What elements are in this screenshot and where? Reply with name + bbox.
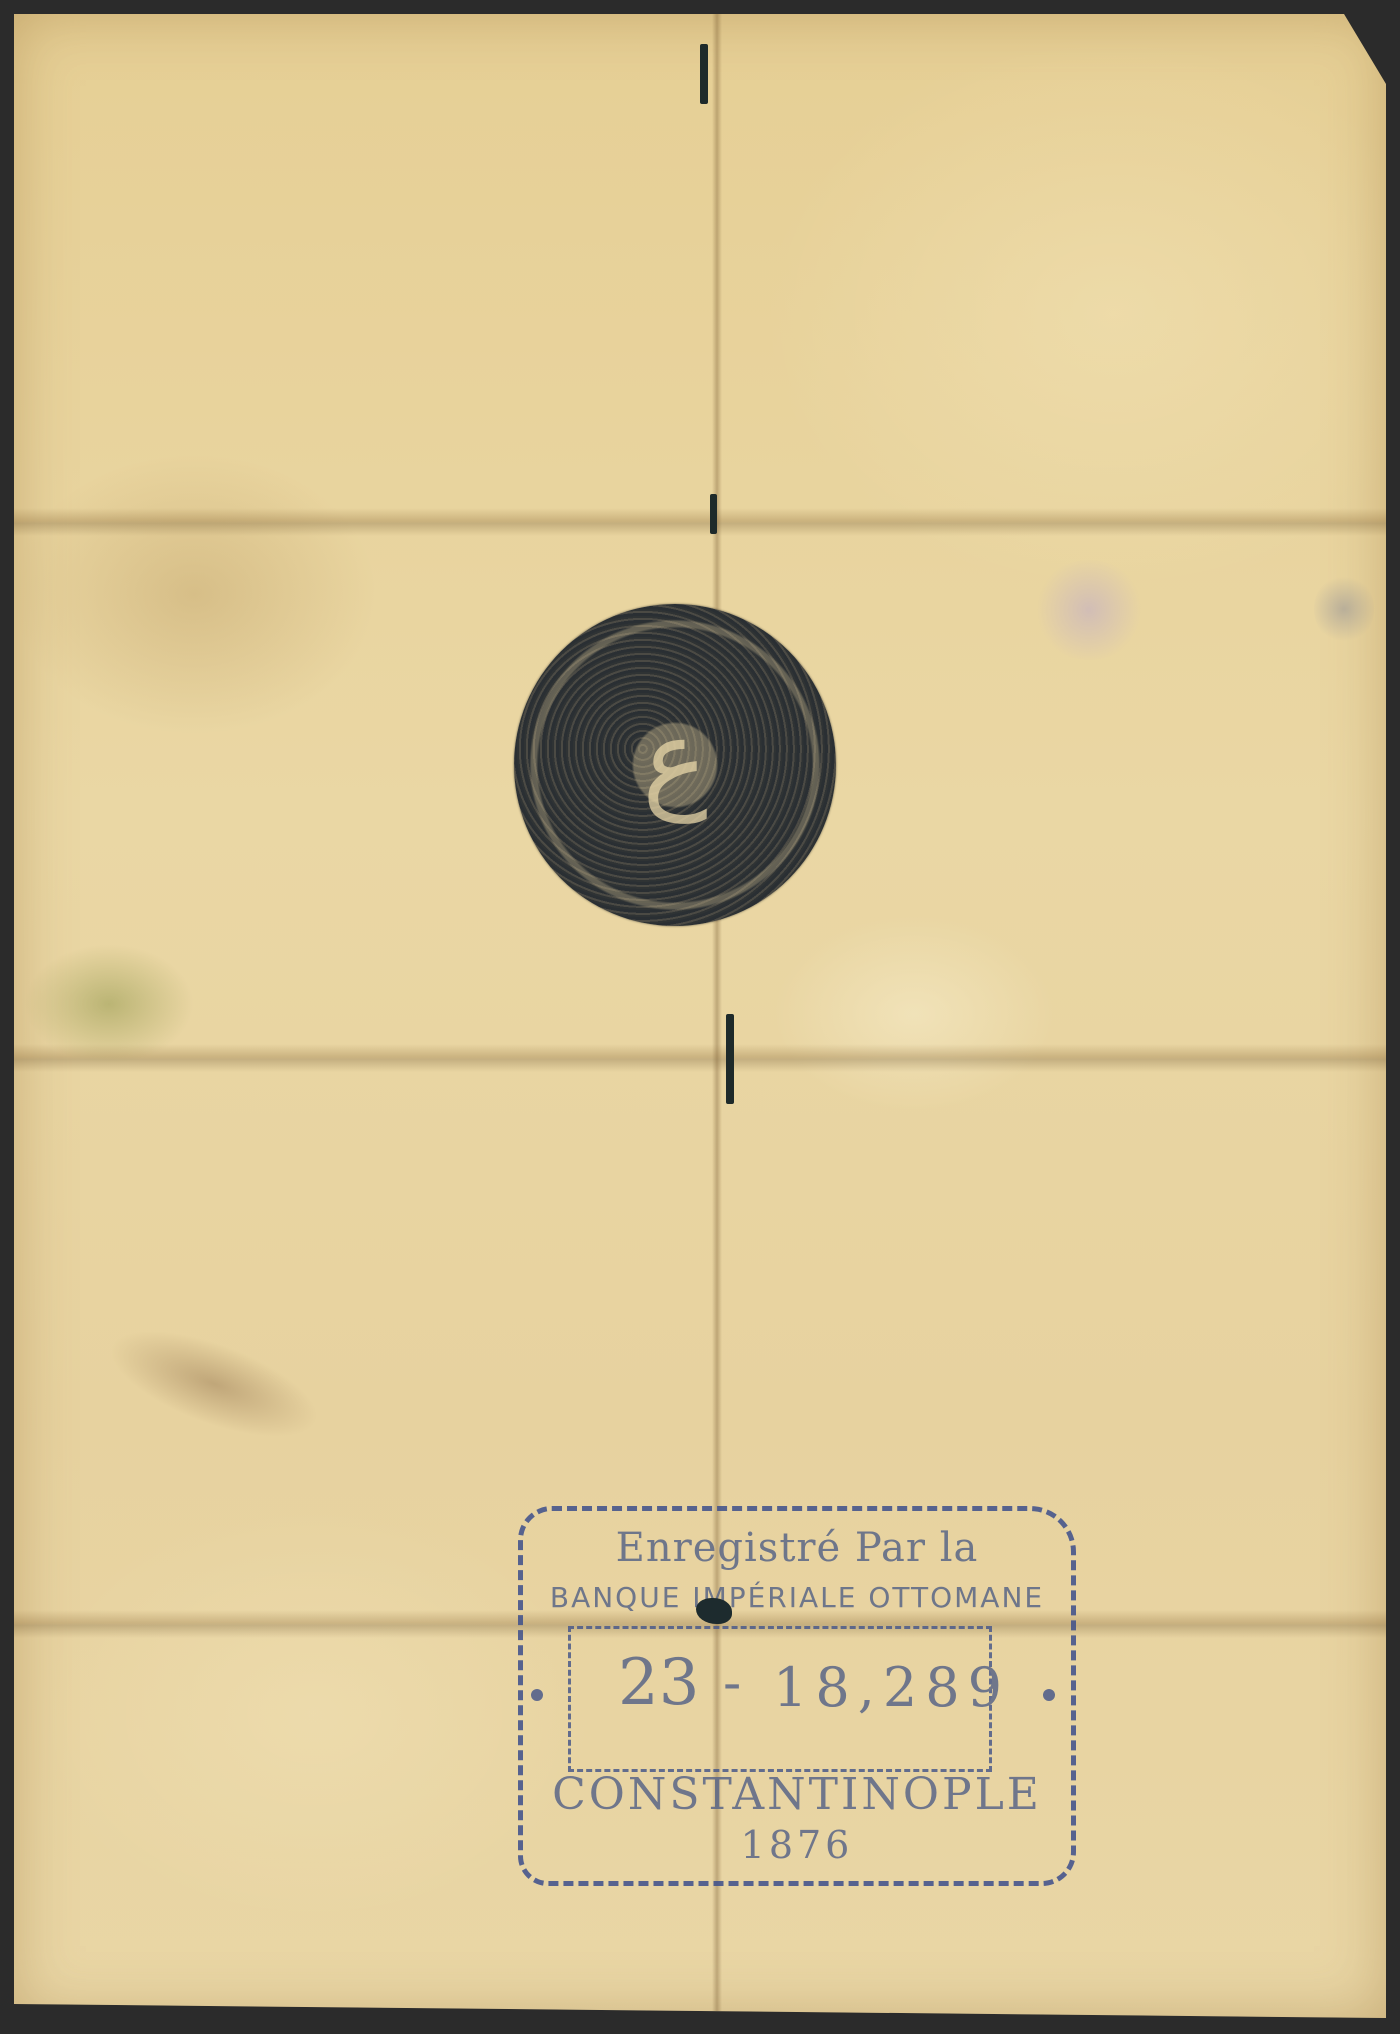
top-tear — [700, 44, 708, 104]
stamp-dot-left — [531, 1689, 543, 1701]
stamp-serial-number: 18,289 — [773, 1656, 1010, 1719]
gray-stain — [1314, 574, 1374, 644]
stamp-city: CONSTANTINOPLE — [523, 1769, 1071, 1820]
stamp-dash: - — [723, 1651, 741, 1714]
purple-stain — [1034, 560, 1144, 660]
stamp-serial-prefix: 23 — [618, 1646, 699, 1720]
green-stain — [24, 944, 194, 1064]
center-tear — [726, 1014, 734, 1104]
registration-stamp: Enregistré Par la BANQUE IMPÉRIALE OTTOM… — [518, 1506, 1076, 1886]
brown-stain — [97, 1309, 331, 1459]
middle-tear — [710, 494, 717, 534]
stamp-year: 1876 — [523, 1823, 1071, 1867]
calligraphy-seal: ع — [514, 604, 836, 926]
stamp-bank-name: BANQUE IMPÉRIALE OTTOMANE — [533, 1581, 1061, 1614]
horizontal-fold — [14, 1044, 1386, 1072]
seal-glyph: ع — [642, 695, 708, 823]
stamp-registered-text: Enregistré Par la — [523, 1525, 1071, 1571]
stamp-dot-right — [1043, 1689, 1055, 1701]
horizontal-fold — [14, 508, 1386, 536]
